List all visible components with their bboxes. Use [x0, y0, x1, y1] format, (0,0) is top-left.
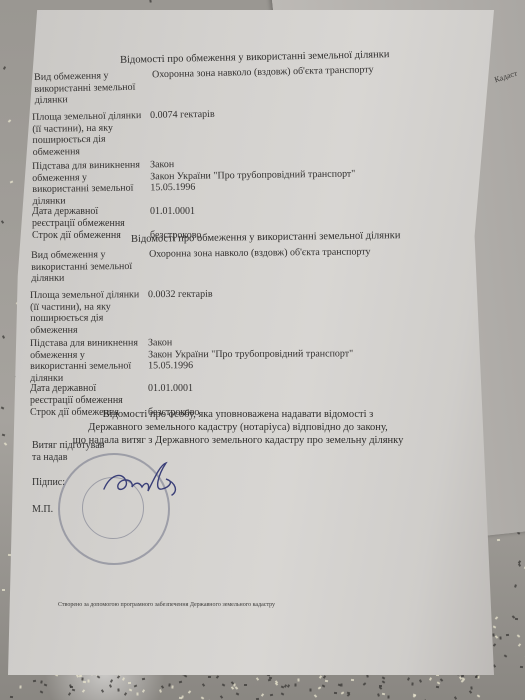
handwritten-signature [96, 457, 186, 507]
authorized-person-info: Відомості про особу, яка уповноважена на… [68, 408, 408, 447]
row-label: Дата державної реєстрації обмеження [30, 383, 140, 406]
row-label: Підстава для виникнення обмеження у вико… [30, 337, 140, 384]
row-value: Охоронна зона навколо (вздовж) об'єкта т… [152, 64, 374, 81]
row-label: Дата державної реєстрації обмеження [32, 206, 142, 229]
restriction-section-title: Відомості про обмеження у використанні з… [131, 230, 401, 245]
row-value: 01.01.0001 [150, 206, 195, 218]
row-label: Підстава для виникнення обмеження у вико… [32, 159, 143, 207]
signature-label: Підпис: [32, 477, 65, 489]
row-label: Площа земельної ділянки (її частини), на… [32, 110, 143, 158]
row-value: 01.01.0001 [148, 383, 193, 395]
row-value: Закон Закон України "Про трубопровідний … [150, 156, 356, 193]
row-value: 0.0032 гектарів [148, 289, 213, 301]
row-label: Вид обмеження у використанні земельної д… [31, 249, 141, 285]
row-value: Закон Закон України "Про трубопровідний … [148, 336, 353, 372]
document-page: Відомості про обмеження у використанні з… [8, 10, 494, 675]
restriction-section-title: Відомості про обмеження у використанні з… [120, 49, 390, 66]
row-label: Площа земельної ділянки (її частини), на… [30, 289, 140, 336]
seal-label: М.П. [32, 504, 53, 516]
footer-note: Створено за допомогою програмного забезп… [58, 602, 275, 608]
row-value: Охоронна зона навколо (вздовж) об'єкта т… [149, 246, 371, 260]
row-label: Вид обмеження у використанні земельної д… [34, 70, 145, 107]
row-value: 0.0074 гектарів [150, 109, 215, 122]
